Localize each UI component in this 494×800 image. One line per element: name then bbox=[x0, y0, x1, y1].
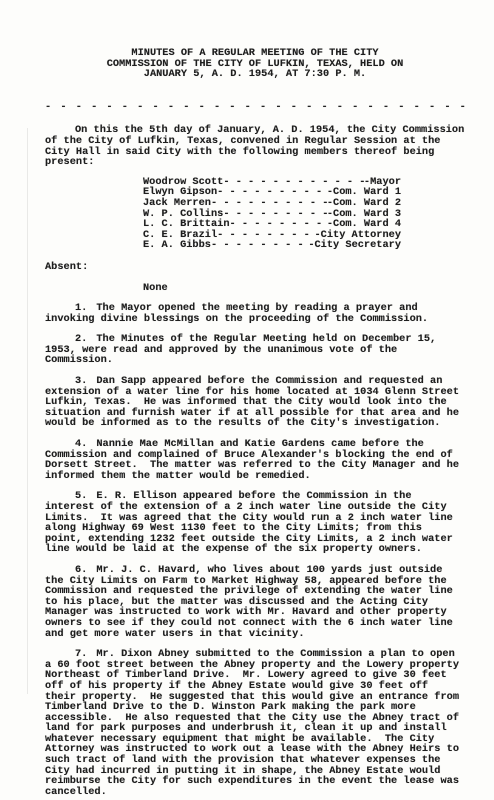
item-text: Mr. Dixon Abney submitted to the Commiss… bbox=[45, 648, 465, 798]
scan-artifact-line bbox=[27, 128, 28, 694]
minute-item-5: 5.E. R. Ellison appeared before the Comm… bbox=[45, 491, 465, 555]
document-title: MINUTES OF A REGULAR MEETING OF THE CITY… bbox=[45, 48, 465, 80]
item-text: Nannie Mae McMillan and Katie Gardens ca… bbox=[45, 438, 465, 482]
member-name: E. A. Gibbs bbox=[143, 240, 211, 251]
member-dashes: - - - - - - - - - - - - - - - - - - - - … bbox=[217, 230, 314, 241]
member-dashes: - - - - - - - - - - - - - - - - - - - - … bbox=[223, 209, 327, 220]
member-dashes: - - - - - - - - - - - - - - - - - - - - … bbox=[211, 240, 308, 251]
absent-value: None bbox=[143, 283, 465, 294]
absent-label: Absent: bbox=[45, 262, 465, 273]
intro-paragraph: On this the 5th day of January, A. D. 19… bbox=[45, 125, 465, 167]
title-line-1: MINUTES OF A REGULAR MEETING OF THE CITY bbox=[45, 48, 465, 59]
minute-item-3: 3.Dan Sapp appeared before the Commissio… bbox=[45, 376, 465, 429]
minute-item-6: 6.Mr. J. C. Havard, who lives about 100 … bbox=[45, 565, 465, 639]
member-title: -Com. Ward 2 bbox=[327, 198, 401, 209]
dashed-separator: - - - - - - - - - - - - - - - - - - - - … bbox=[45, 102, 465, 113]
minute-item-4: 4.Nannie Mae McMillan and Katie Gardens … bbox=[45, 439, 465, 481]
item-text: The Minutes of the Regular Meeting held … bbox=[45, 333, 442, 366]
member-row: Jack Merren - - - - - - - - - - - - - - … bbox=[143, 198, 401, 209]
minute-item-1: 1.The Mayor opened the meeting by readin… bbox=[45, 303, 465, 324]
item-text: Dan Sapp appeared before the Commission … bbox=[45, 375, 465, 429]
member-dashes: - - - - - - - - - - - - - - - - - - - - … bbox=[230, 219, 327, 230]
member-dashes: - - - - - - - - - - - - - - - - - - - - … bbox=[211, 198, 327, 209]
member-name: Jack Merren bbox=[143, 198, 211, 209]
minute-item-7: 7.Mr. Dixon Abney submitted to the Commi… bbox=[45, 649, 465, 797]
member-title: -City Secretary bbox=[308, 240, 401, 251]
item-text: E. R. Ellison appeared before the Commis… bbox=[45, 490, 459, 555]
item-text: The Mayor opened the meeting by reading … bbox=[45, 302, 428, 325]
document-body: MINUTES OF A REGULAR MEETING OF THE CITY… bbox=[45, 48, 465, 797]
item-text: Mr. J. C. Havard, who lives about 100 ya… bbox=[45, 564, 459, 640]
title-line-3: JANUARY 5, A. D. 1954, AT 7:30 P. M. bbox=[45, 69, 465, 80]
scanned-minutes-page: MINUTES OF A REGULAR MEETING OF THE CITY… bbox=[0, 0, 494, 800]
minute-item-2: 2.The Minutes of the Regular Meeting hel… bbox=[45, 334, 465, 366]
member-row: E. A. Gibbs - - - - - - - - - - - - - - … bbox=[143, 240, 401, 251]
members-list: Woodrow Scott - - - - - - - - - - - - - … bbox=[143, 177, 401, 251]
member-dashes: - - - - - - - - - - - - - - - - - - - - … bbox=[217, 187, 327, 198]
